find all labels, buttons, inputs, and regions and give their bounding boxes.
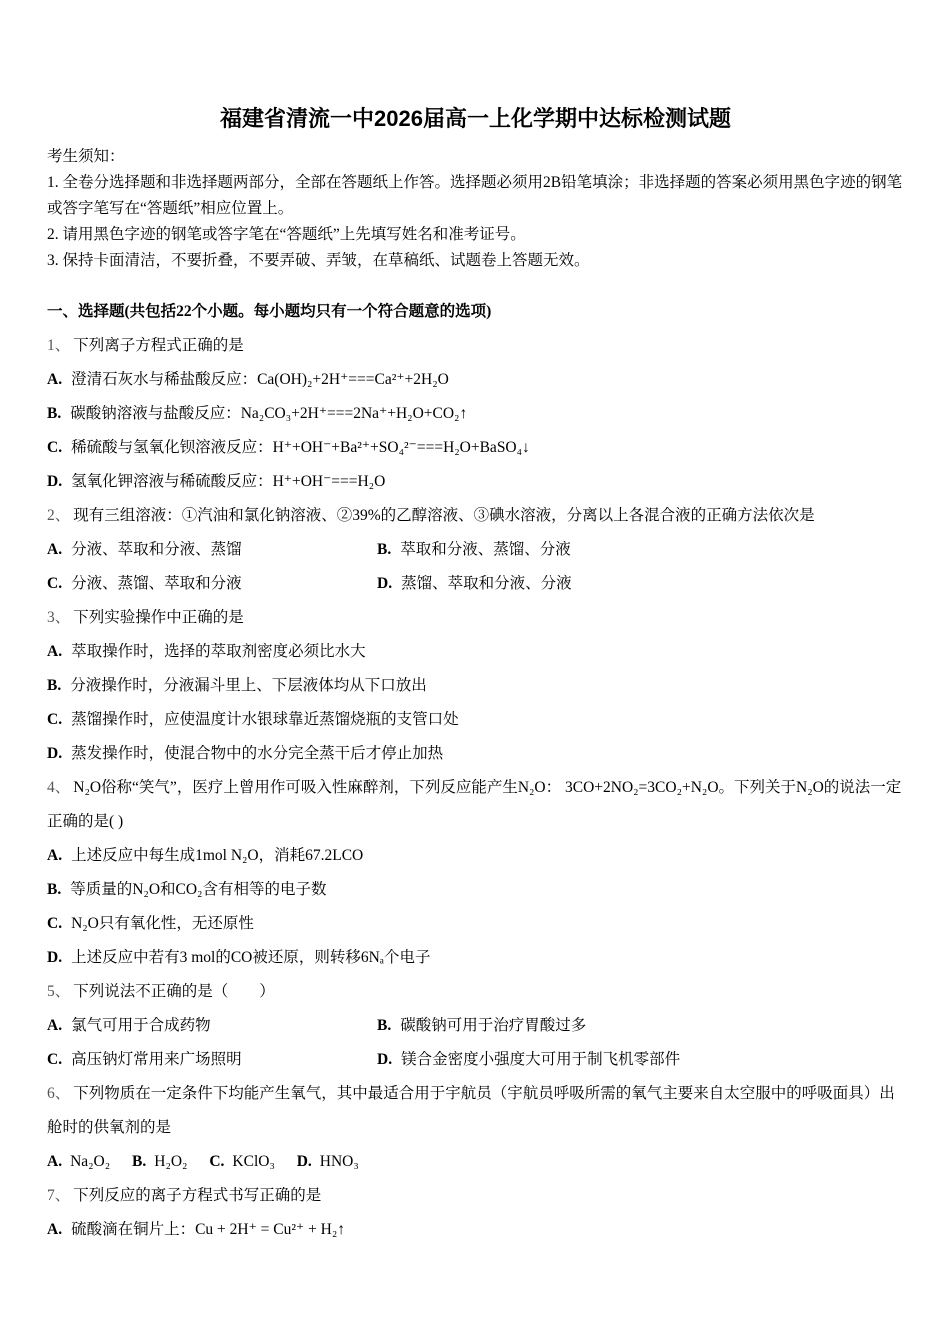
option-text: 蒸馏操作时，应使温度计水银球靠近蒸馏烧瓶的支管口处 <box>71 711 459 728</box>
question-stem: 5、下列说法不正确的是（ ） <box>47 975 904 1009</box>
option-text: 萃取操作时，选择的萃取剂密度必须比水大 <box>71 643 366 660</box>
question-number: 7、 <box>47 1187 70 1204</box>
question-stem: 1、下列离子方程式正确的是 <box>47 329 904 363</box>
notice-heading: 考生须知： <box>47 144 904 170</box>
option-a: A.澄清石灰水与稀盐酸反应：Ca(OH)₂+2H⁺===Ca²⁺+2H₂O <box>47 363 904 397</box>
option-row: C.高压钠灯常用来广场照明 D.镁合金密度小强度大可用于制飞机零部件 <box>47 1043 904 1077</box>
question-stem-text: 下列物质在一定条件下均能产生氧气，其中最适合用于宇航员（宇航员呼吸所需的氧气主要… <box>47 1085 895 1136</box>
page-title: 福建省清流一中2026届高一上化学期中达标检测试题 <box>47 104 904 134</box>
option-label: A. <box>47 1017 62 1034</box>
option-a: A.萃取操作时，选择的萃取剂密度必须比水大 <box>47 635 904 669</box>
option-row: A.氯气可用于合成药物 B.碳酸钠可用于治疗胃酸过多 <box>47 1009 904 1043</box>
question-1: 1、下列离子方程式正确的是 A.澄清石灰水与稀盐酸反应：Ca(OH)₂+2H⁺=… <box>47 329 904 499</box>
question-stem-text: 下列反应的离子方程式书写正确的是 <box>73 1187 321 1204</box>
option-label: C. <box>209 1153 224 1170</box>
question-number: 2、 <box>47 507 70 524</box>
option-label: C. <box>47 575 62 592</box>
question-stem-text: 下列说法不正确的是（ ） <box>73 983 275 1000</box>
option-a: A.氯气可用于合成药物 <box>47 1009 377 1043</box>
option-c: C.分液、蒸馏、萃取和分液 <box>47 567 377 601</box>
option-label: C. <box>47 439 62 456</box>
option-text: 氢氧化钾溶液与稀硫酸反应：H⁺+OH⁻===H₂O <box>71 473 385 490</box>
option-text: H₂O₂ <box>154 1153 187 1170</box>
notice-item: 3. 保持卡面清洁，不要折叠，不要弄破、弄皱，在草稿纸、试题卷上答题无效。 <box>47 248 904 274</box>
option-label: D. <box>47 473 62 490</box>
option-b: B.等质量的N₂O和CO₂含有相等的电子数 <box>47 873 904 907</box>
exam-page: 福建省清流一中2026届高一上化学期中达标检测试题 考生须知： 1. 全卷分选择… <box>0 0 950 1344</box>
option-text: 上述反应中每生成1mol N₂O，消耗67.2LCO <box>71 847 363 864</box>
option-a: A.上述反应中每生成1mol N₂O，消耗67.2LCO <box>47 839 904 873</box>
question-stem: 2、现有三组溶液：①汽油和氯化钠溶液、②39%的乙醇溶液、③碘水溶液，分离以上各… <box>47 499 904 533</box>
option-c: C.N₂O只有氧化性，无还原性 <box>47 907 904 941</box>
option-label: B. <box>377 1017 391 1034</box>
option-a: A.分液、萃取和分液、蒸馏 <box>47 533 377 567</box>
option-row: C.分液、蒸馏、萃取和分液 D.蒸馏、萃取和分液、分液 <box>47 567 904 601</box>
option-text: 萃取和分液、蒸馏、分液 <box>400 541 571 558</box>
option-label: A. <box>47 371 62 388</box>
question-stem-text: 现有三组溶液：①汽油和氯化钠溶液、②39%的乙醇溶液、③碘水溶液，分离以上各混合… <box>73 507 814 524</box>
option-text: 蒸馏、萃取和分液、分液 <box>401 575 572 592</box>
option-text: KClO₃ <box>232 1153 274 1170</box>
option-label: A. <box>47 847 62 864</box>
option-text: Na₂O₂ <box>70 1153 110 1170</box>
option-label: D. <box>47 745 62 762</box>
option-d: D.氢氧化钾溶液与稀硫酸反应：H⁺+OH⁻===H₂O <box>47 465 904 499</box>
notice-item: 2. 请用黑色字迹的钢笔或答字笔在“答题纸”上先填写姓名和准考证号。 <box>47 222 904 248</box>
question-stem-text: 下列离子方程式正确的是 <box>73 337 244 354</box>
option-text: N₂O只有氧化性，无还原性 <box>71 915 254 932</box>
question-number: 6、 <box>47 1085 70 1102</box>
option-text: 上述反应中若有3 mol的CO被还原，则转移6Nₐ个电子 <box>71 949 430 966</box>
option-label: B. <box>377 541 391 558</box>
option-label: B. <box>47 677 61 694</box>
option-b: B.碳酸钠溶液与盐酸反应：Na₂CO₃+2H⁺===2Na⁺+H₂O+CO₂↑ <box>47 397 904 431</box>
question-number: 5、 <box>47 983 70 1000</box>
section-heading: 一、选择题(共包括22个小题。每小题均只有一个符合题意的选项) <box>47 295 904 329</box>
option-b: B.萃取和分液、蒸馏、分液 <box>377 533 904 567</box>
option-row: A.分液、萃取和分液、蒸馏 B.萃取和分液、蒸馏、分液 <box>47 533 904 567</box>
question-2: 2、现有三组溶液：①汽油和氯化钠溶液、②39%的乙醇溶液、③碘水溶液，分离以上各… <box>47 499 904 601</box>
question-5: 5、下列说法不正确的是（ ） A.氯气可用于合成药物 B.碳酸钠可用于治疗胃酸过… <box>47 975 904 1077</box>
option-text: 碳酸钠可用于治疗胃酸过多 <box>400 1017 586 1034</box>
option-d: D.蒸馏、萃取和分液、分液 <box>377 567 904 601</box>
option-text: 稀硫酸与氢氧化钡溶液反应：H⁺+OH⁻+Ba²⁺+SO₄²⁻===H₂O+BaS… <box>71 439 530 456</box>
question-stem: 3、下列实验操作中正确的是 <box>47 601 904 635</box>
option-label: C. <box>47 711 62 728</box>
option-b: B.分液操作时，分液漏斗里上、下层液体均从下口放出 <box>47 669 904 703</box>
candidate-notice: 考生须知： 1. 全卷分选择题和非选择题两部分，全部在答题纸上作答。选择题必须用… <box>47 144 904 274</box>
question-area: 一、选择题(共包括22个小题。每小题均只有一个符合题意的选项) 1、下列离子方程… <box>47 295 904 1247</box>
option-row: A.Na₂O₂ B.H₂O₂ C.KClO₃ D.HNO₃ <box>47 1145 904 1179</box>
question-number: 4、 <box>47 779 70 796</box>
option-text: 蒸发操作时，使混合物中的水分完全蒸干后才停止加热 <box>71 745 443 762</box>
option-d: D.上述反应中若有3 mol的CO被还原，则转移6Nₐ个电子 <box>47 941 904 975</box>
option-text: 澄清石灰水与稀盐酸反应：Ca(OH)₂+2H⁺===Ca²⁺+2H₂O <box>71 371 449 388</box>
option-a: A.Na₂O₂ <box>47 1153 110 1170</box>
option-text: 分液操作时，分液漏斗里上、下层液体均从下口放出 <box>70 677 427 694</box>
notice-item: 1. 全卷分选择题和非选择题两部分，全部在答题纸上作答。选择题必须用2B铅笔填涂… <box>47 170 904 222</box>
question-stem: 4、N₂O俗称“笑气”，医疗上曾用作可吸入性麻醉剂，下列反应能产生N₂O： 3C… <box>47 771 904 839</box>
option-d: D.蒸发操作时，使混合物中的水分完全蒸干后才停止加热 <box>47 737 904 771</box>
option-text: HNO₃ <box>320 1153 359 1170</box>
option-c: C.稀硫酸与氢氧化钡溶液反应：H⁺+OH⁻+Ba²⁺+SO₄²⁻===H₂O+B… <box>47 431 904 465</box>
option-d: D.镁合金密度小强度大可用于制飞机零部件 <box>377 1043 904 1077</box>
option-text: 碳酸钠溶液与盐酸反应：Na₂CO₃+2H⁺===2Na⁺+H₂O+CO₂↑ <box>70 405 467 422</box>
option-label: A. <box>47 1221 62 1238</box>
question-7: 7、下列反应的离子方程式书写正确的是 A.硫酸滴在铜片上：Cu + 2H⁺ = … <box>47 1179 904 1247</box>
question-number: 1、 <box>47 337 70 354</box>
option-b: B.碳酸钠可用于治疗胃酸过多 <box>377 1009 904 1043</box>
question-stem-text: 下列实验操作中正确的是 <box>73 609 244 626</box>
question-number: 3、 <box>47 609 70 626</box>
option-text: 分液、萃取和分液、蒸馏 <box>71 541 242 558</box>
option-text: 等质量的N₂O和CO₂含有相等的电子数 <box>70 881 326 898</box>
option-text: 镁合金密度小强度大可用于制飞机零部件 <box>401 1051 680 1068</box>
option-label: D. <box>377 575 392 592</box>
option-label: C. <box>47 915 62 932</box>
option-c: C.高压钠灯常用来广场照明 <box>47 1043 377 1077</box>
option-a: A.硫酸滴在铜片上：Cu + 2H⁺ = Cu²⁺ + H₂↑ <box>47 1213 904 1247</box>
option-label: D. <box>47 949 62 966</box>
option-label: B. <box>47 881 61 898</box>
option-label: D. <box>297 1153 312 1170</box>
option-text: 氯气可用于合成药物 <box>71 1017 211 1034</box>
option-c: C.KClO₃ <box>209 1153 275 1170</box>
question-6: 6、下列物质在一定条件下均能产生氧气，其中最适合用于宇航员（宇航员呼吸所需的氧气… <box>47 1077 904 1179</box>
option-text: 硫酸滴在铜片上：Cu + 2H⁺ = Cu²⁺ + H₂↑ <box>71 1221 345 1238</box>
option-label: B. <box>132 1153 146 1170</box>
question-stem: 7、下列反应的离子方程式书写正确的是 <box>47 1179 904 1213</box>
question-stem: 6、下列物质在一定条件下均能产生氧气，其中最适合用于宇航员（宇航员呼吸所需的氧气… <box>47 1077 904 1145</box>
option-label: A. <box>47 643 62 660</box>
option-c: C.蒸馏操作时，应使温度计水银球靠近蒸馏烧瓶的支管口处 <box>47 703 904 737</box>
option-label: D. <box>377 1051 392 1068</box>
option-label: A. <box>47 541 62 558</box>
option-d: D.HNO₃ <box>297 1153 359 1170</box>
question-stem-text: N₂O俗称“笑气”，医疗上曾用作可吸入性麻醉剂，下列反应能产生N₂O： 3CO+… <box>47 779 901 830</box>
option-text: 分液、蒸馏、萃取和分液 <box>71 575 242 592</box>
question-3: 3、下列实验操作中正确的是 A.萃取操作时，选择的萃取剂密度必须比水大 B.分液… <box>47 601 904 771</box>
option-text: 高压钠灯常用来广场照明 <box>71 1051 242 1068</box>
option-label: B. <box>47 405 61 422</box>
option-label: C. <box>47 1051 62 1068</box>
question-4: 4、N₂O俗称“笑气”，医疗上曾用作可吸入性麻醉剂，下列反应能产生N₂O： 3C… <box>47 771 904 975</box>
option-b: B.H₂O₂ <box>132 1153 187 1170</box>
option-label: A. <box>47 1153 62 1170</box>
